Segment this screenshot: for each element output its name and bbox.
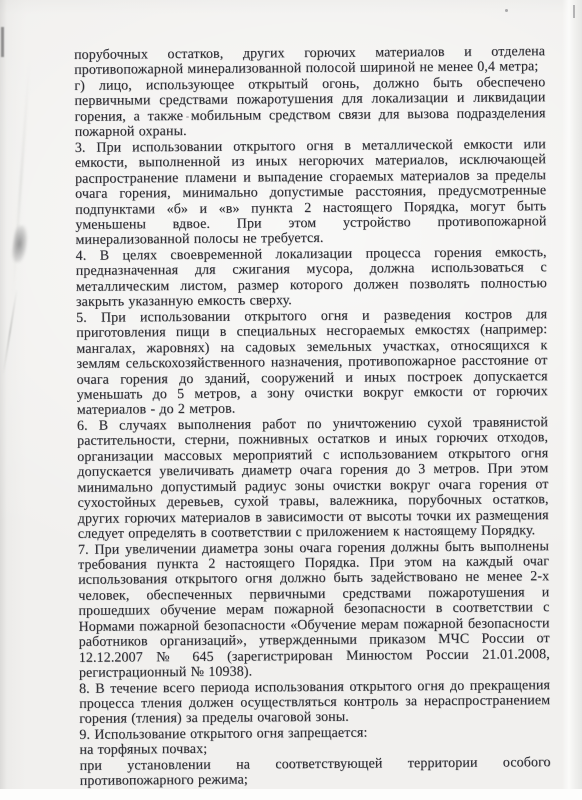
scan-speck-top-right <box>505 9 508 12</box>
paragraph-4: 4. В целях своевременной локализации про… <box>76 245 547 311</box>
paragraph-7: 7. При увеличении диаметра зоны очага го… <box>78 539 550 682</box>
scanned-page: порубочных остатков, других горючих мате… <box>0 0 582 800</box>
paragraph-5: 5. При использовании открытого огня и ра… <box>76 307 548 419</box>
scan-edge-mark <box>1 27 4 57</box>
scan-right-edge <box>562 0 582 789</box>
paragraph-6: 6. В случаях выполнения работ по уничтож… <box>77 415 549 542</box>
scan-dash-top-right <box>573 5 575 18</box>
paragraph-2: г) лицо, использующее открытый огонь, до… <box>74 75 545 141</box>
document-text: порубочных остатков, других горючих мате… <box>74 44 551 789</box>
paragraph-1: порубочных остатков, других горючих мате… <box>74 44 545 79</box>
paragraph-3: 3. При использовании открытого огня в ме… <box>75 137 547 249</box>
paragraph-8: 8. В течение всего периода использования… <box>79 678 550 728</box>
paragraph-11: при установлении на соответствующей терр… <box>80 755 551 790</box>
